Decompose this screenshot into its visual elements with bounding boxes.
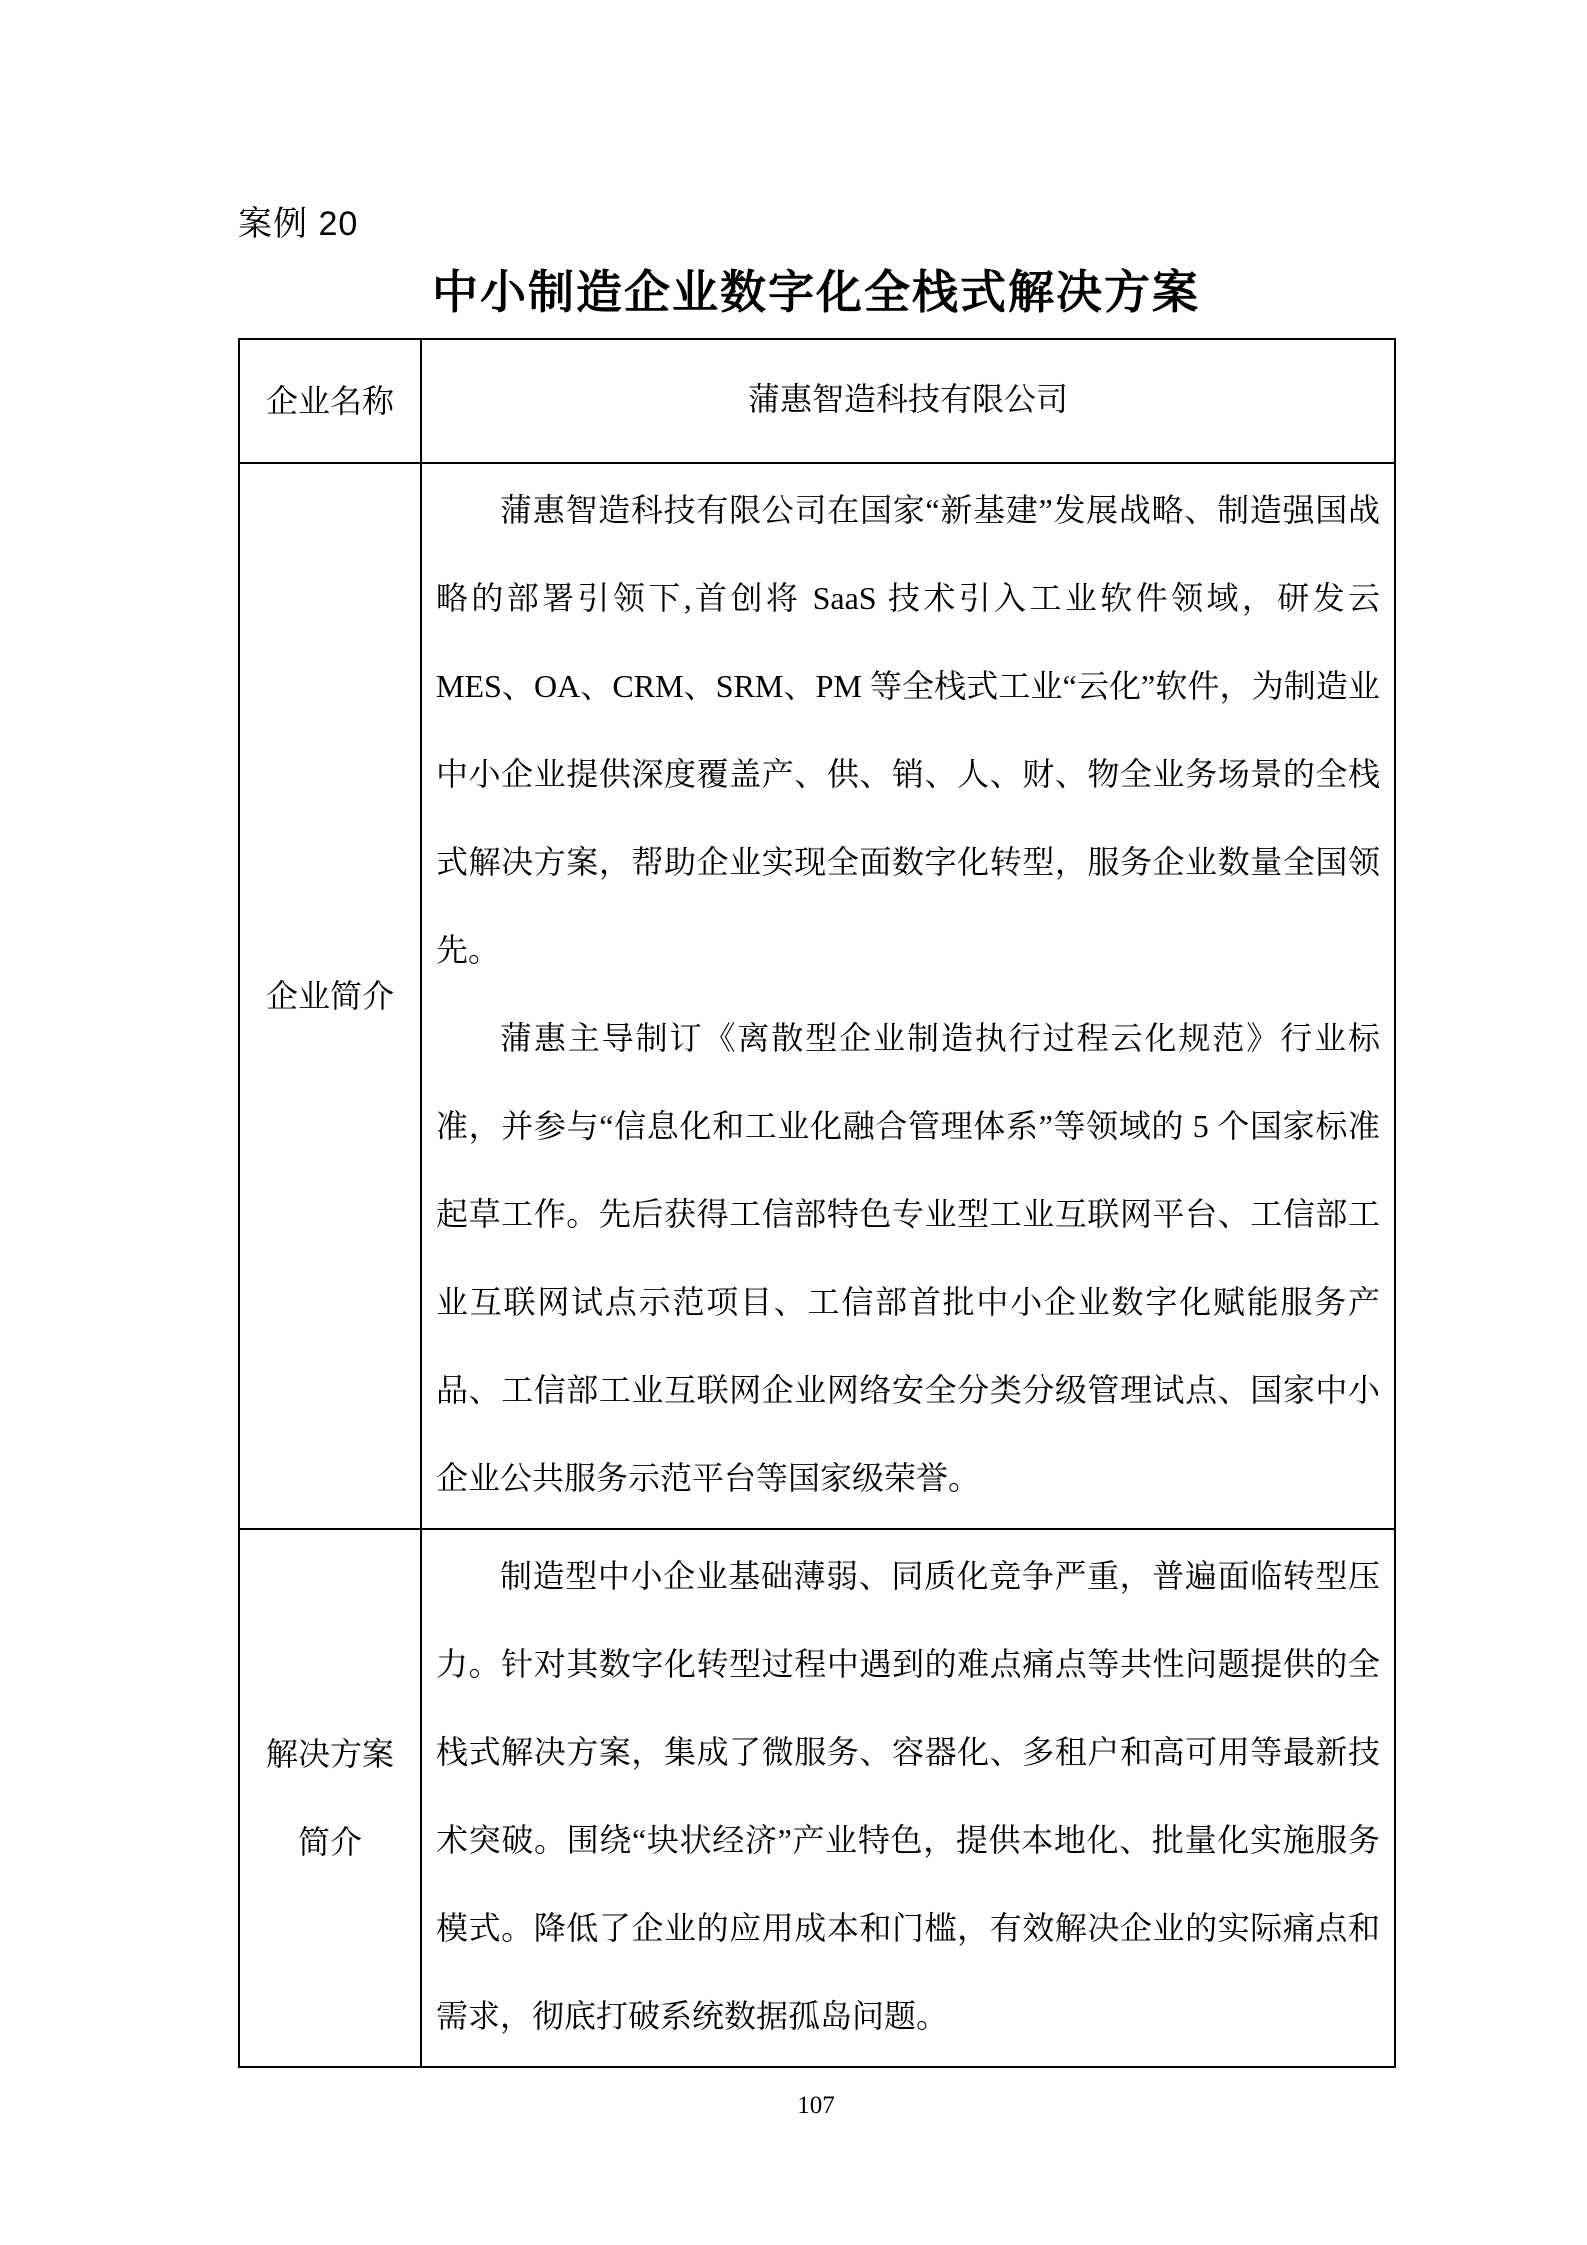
table-row-company-name: 企业名称 蒲惠智造科技有限公司 [239, 339, 1395, 463]
company-profile-paragraph-1: 蒲惠智造科技有限公司在国家“新基建”发展战略、制造强国战略的部署引领下,首创将 … [436, 466, 1380, 994]
row-label-company-profile: 企业简介 [239, 463, 421, 1529]
page-number: 107 [238, 2090, 1394, 2122]
document-title: 中小制造企业数字化全栈式解决方案 [238, 264, 1394, 322]
table-row-company-profile: 企业简介 蒲惠智造科技有限公司在国家“新基建”发展战略、制造强国战略的部署引领下… [239, 463, 1395, 1529]
table-row-solution-profile: 解决方案简介 制造型中小企业基础薄弱、同质化竞争严重，普遍面临转型压力。针对其数… [239, 1529, 1395, 2067]
solution-profile-cell: 制造型中小企业基础薄弱、同质化竞争严重，普遍面临转型压力。针对其数字化转型过程中… [421, 1529, 1395, 2067]
case-info-table: 企业名称 蒲惠智造科技有限公司 企业简介 蒲惠智造科技有限公司在国家“新基建”发… [238, 338, 1396, 2068]
company-profile-cell: 蒲惠智造科技有限公司在国家“新基建”发展战略、制造强国战略的部署引领下,首创将 … [421, 463, 1395, 1529]
document-page: 案例 20 中小制造企业数字化全栈式解决方案 企业名称 蒲惠智造科技有限公司 企… [0, 0, 1587, 2245]
row-label-company-name: 企业名称 [239, 339, 421, 463]
company-name-value: 蒲惠智造科技有限公司 [421, 339, 1395, 463]
case-label: 案例 20 [238, 200, 1394, 248]
row-label-solution-profile: 解决方案简介 [239, 1529, 421, 2067]
solution-profile-paragraph: 制造型中小企业基础薄弱、同质化竞争严重，普遍面临转型压力。针对其数字化转型过程中… [436, 1532, 1380, 2060]
company-profile-paragraph-2: 蒲惠主导制订《离散型企业制造执行过程云化规范》行业标准，并参与“信息化和工业化融… [436, 994, 1380, 1522]
